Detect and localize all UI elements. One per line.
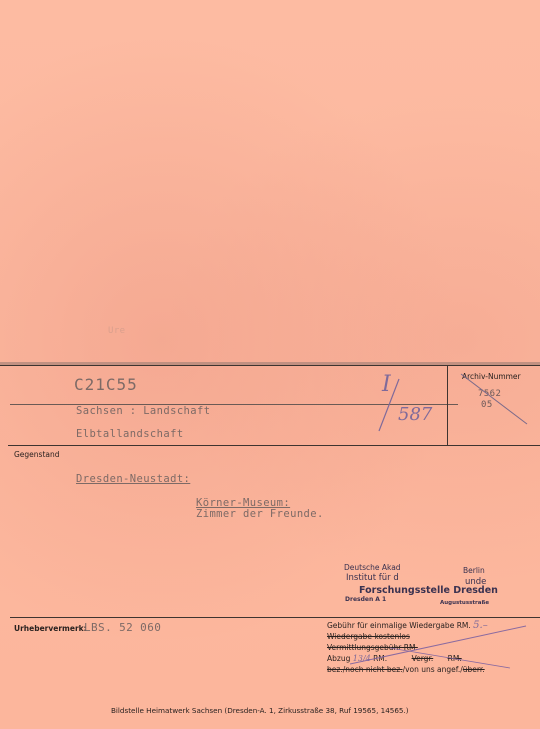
archive-divider — [447, 365, 448, 445]
stamp-line1-left: Deutsche Akad — [344, 563, 401, 572]
copyright-value: LBS. 52 060 — [84, 621, 161, 634]
subject-label: Gegenstand — [14, 450, 60, 459]
top-border — [0, 365, 540, 366]
stamp-line4-left: Dresden A 1 — [345, 596, 386, 603]
faint-mark: Ure — [108, 326, 125, 336]
stamp-line2-left: Institut für d — [346, 573, 399, 583]
handwritten-number: 587 — [398, 404, 432, 425]
archive-card: Ure C21C55 Sachsen : Landschaft Elbtalla… — [0, 0, 540, 729]
copyright-label: Urhebervermerk: — [14, 624, 87, 633]
subject-border — [8, 445, 540, 446]
footer-address: Bildstelle Heimatwerk Sachsen (Dresden-A… — [111, 706, 409, 715]
subcategory: Elbtallandschaft — [76, 428, 184, 440]
bottom-border — [10, 617, 540, 618]
fee-cross-out — [330, 620, 530, 670]
archive-strikethrough — [455, 370, 535, 430]
category: Sachsen : Landschaft — [76, 405, 210, 417]
stamp-line3: Forschungsstelle Dresden — [359, 585, 498, 596]
subject-detail: Zimmer der Freunde. — [196, 508, 324, 520]
stamp-line4-right: Augustusstraße — [440, 600, 489, 606]
stamp-line1-right: Berlin — [463, 566, 485, 575]
subject-location: Dresden-Neustadt: — [76, 473, 190, 485]
card-code: C21C55 — [74, 375, 138, 394]
